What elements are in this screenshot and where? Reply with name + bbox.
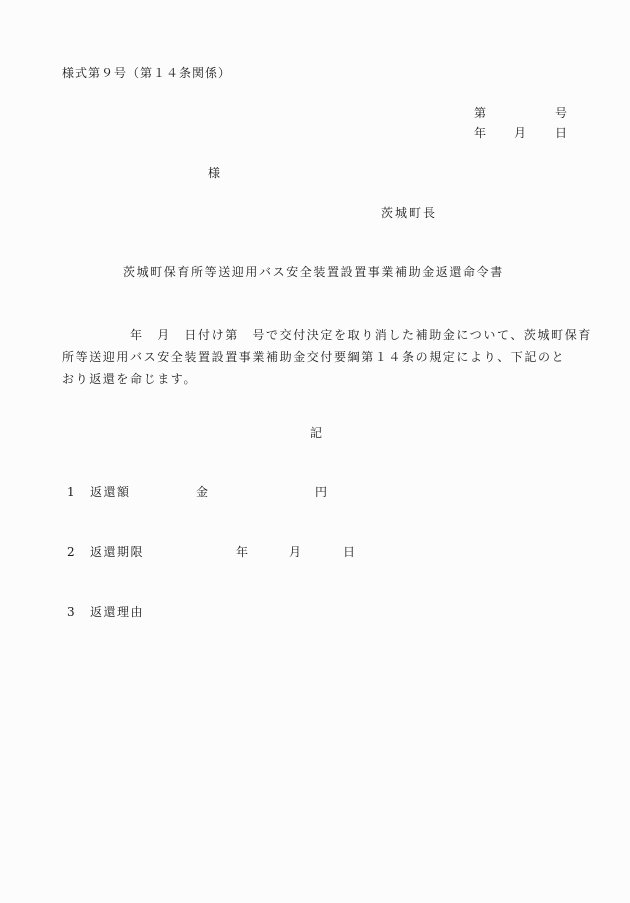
deadline-year-label: 年 xyxy=(236,546,250,558)
deadline-month-label: 月 xyxy=(289,546,303,558)
amount-suffix: 円 xyxy=(315,486,329,498)
deadline-day-label: 日 xyxy=(343,546,357,558)
date-day-label: 日 xyxy=(555,127,568,139)
addressee-honorific: 様 xyxy=(208,167,221,179)
issuer-name: 茨城町長 xyxy=(381,207,437,219)
item-number: 1 xyxy=(67,486,76,498)
body-line: 年 月 日付け第 号で交付決定を取り消した補助金について、茨城町保育 xyxy=(62,324,578,346)
document-number-suffix: 号 xyxy=(555,107,568,119)
form-number: 様式第９号（第１４条関係） xyxy=(62,67,231,79)
date-year-label: 年 xyxy=(474,127,487,139)
body-paragraph: 年 月 日付け第 号で交付決定を取り消した補助金について、茨城町保育 所等送迎用… xyxy=(62,324,578,390)
document-number-prefix: 第 xyxy=(474,107,487,119)
amount-prefix: 金 xyxy=(196,486,210,498)
item-label: 返還額 xyxy=(90,486,131,498)
item-label: 返還期限 xyxy=(90,546,144,558)
document-page: 様式第９号（第１４条関係） 第 号 年 月 日 様 茨城町長 茨城町保育所等送迎… xyxy=(0,0,630,903)
document-title: 茨城町保育所等送迎用バス安全装置設置事業補助金返還命令書 xyxy=(123,266,504,278)
item-number: 2 xyxy=(67,546,76,558)
item-number: 3 xyxy=(67,606,76,618)
item-label: 返還理由 xyxy=(90,606,144,618)
body-line: 所等送迎用バス安全装置設置事業補助金交付要綱第１４条の規定により、下記のと xyxy=(62,346,578,368)
body-line: おり返還を命じます。 xyxy=(62,368,578,390)
date-month-label: 月 xyxy=(514,127,527,139)
ki-heading: 記 xyxy=(310,427,323,439)
